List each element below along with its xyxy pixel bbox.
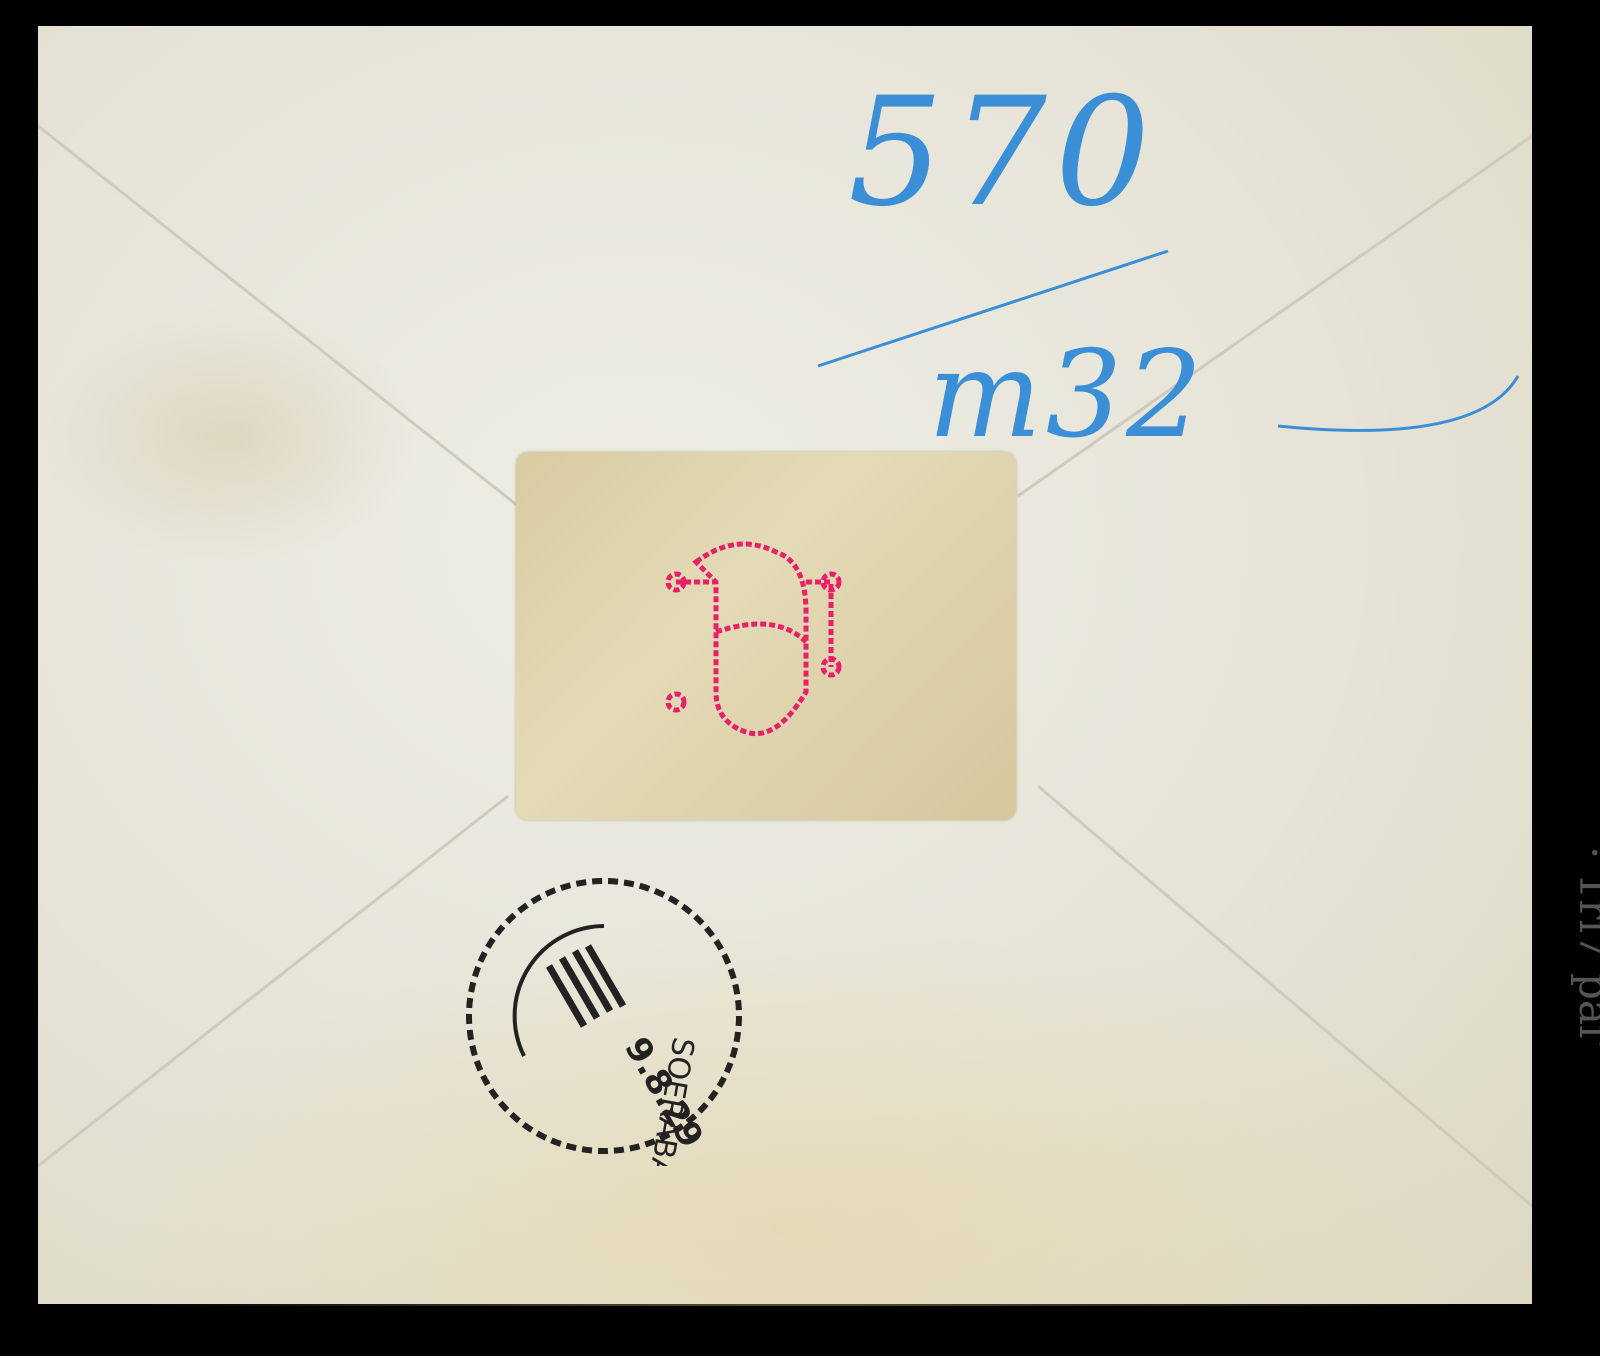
postmark-icon: 9.8.29 SOERABAJA — [454, 866, 754, 1166]
blue-pencil-code: m32 — [928, 326, 1206, 465]
envelope-back: 570 m32 1925 · 1ri · 1ri7 pai' 9.8.29 SO… — [38, 26, 1532, 1304]
red-monogram-seal-icon — [656, 522, 856, 762]
registration-label — [516, 452, 1016, 820]
blue-pencil-number: 570 — [848, 66, 1158, 240]
pencil-handwriting: 1925 · 1ri · 1ri7 pai' — [1248, 846, 1600, 1066]
